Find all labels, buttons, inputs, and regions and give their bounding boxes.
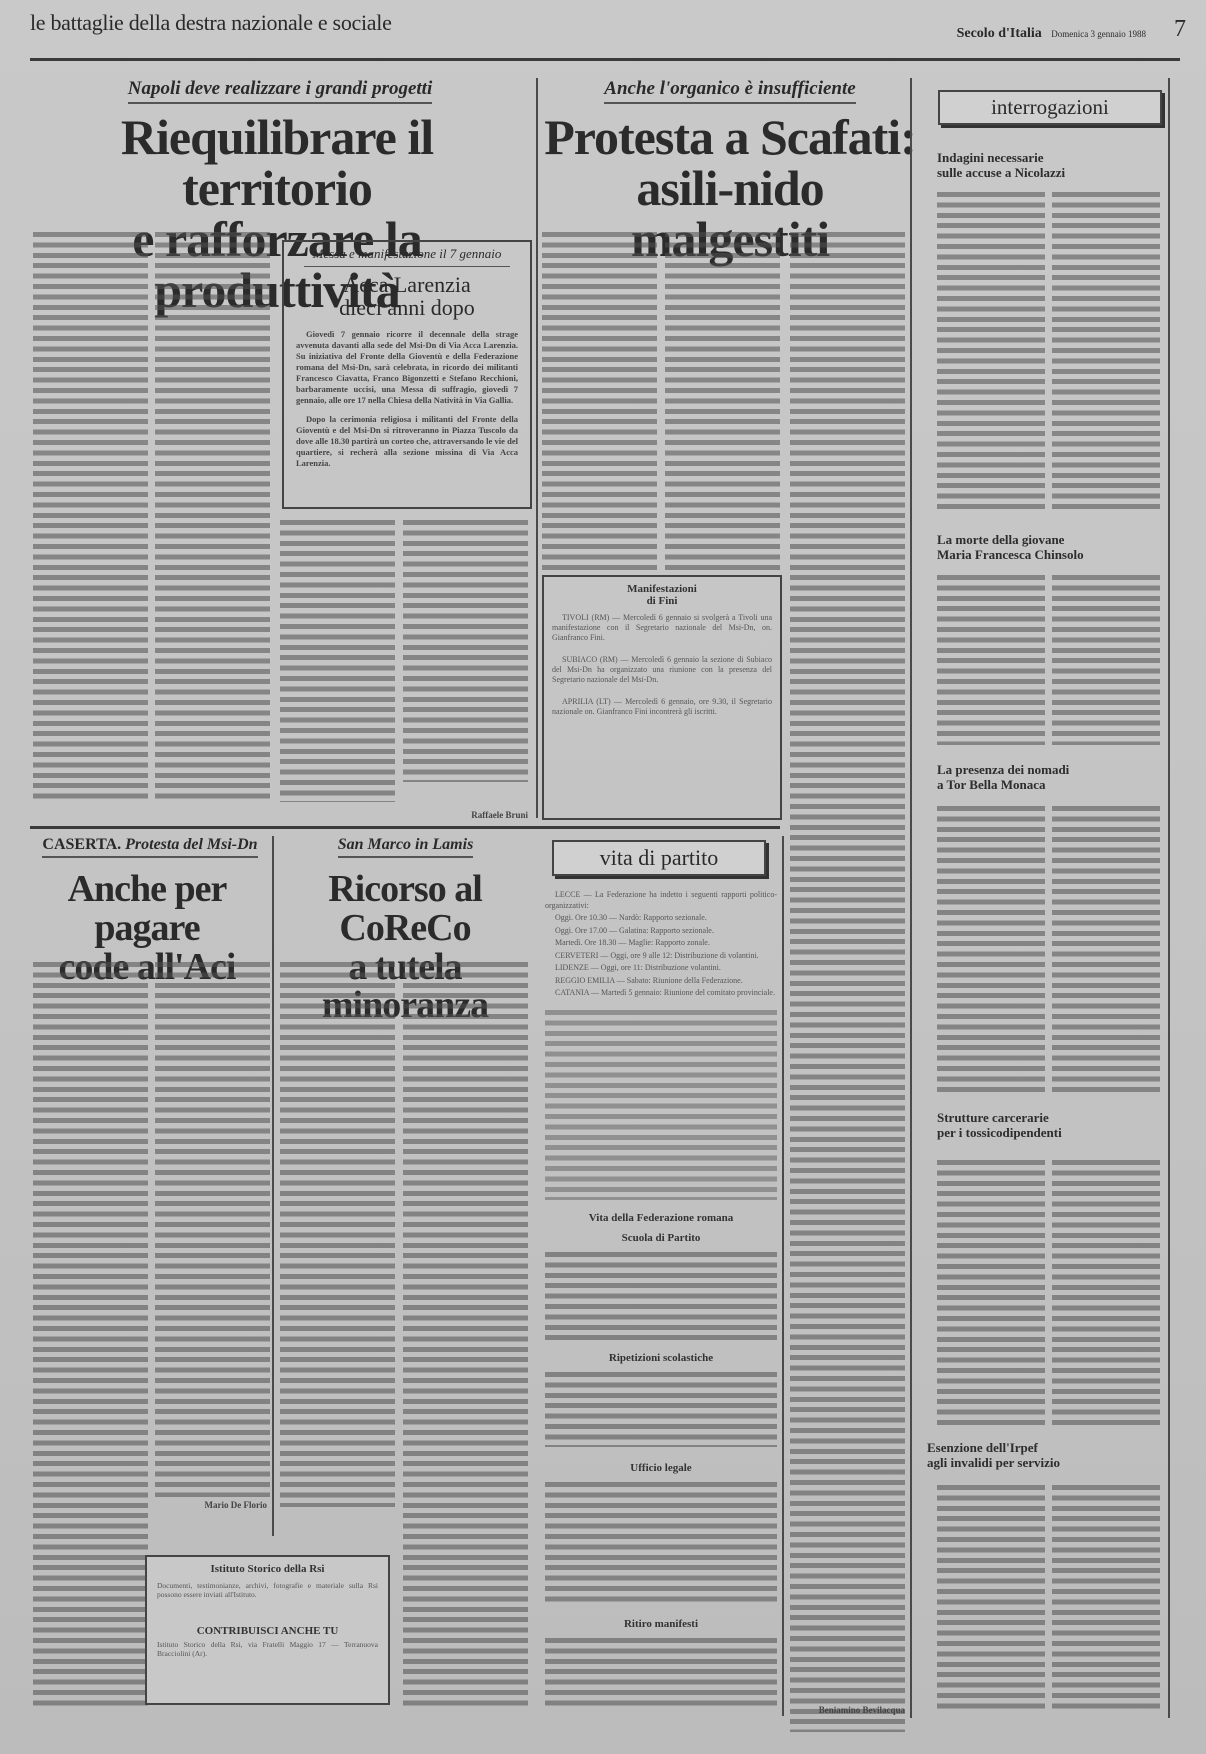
acca-body: Giovedì 7 gennaio ricorre il decennale d… <box>284 319 530 487</box>
caserta-kicker-wrap: CASERTA. Protesta del Msi-Dn <box>30 836 270 858</box>
istituto-title: Istituto Storico della Rsi <box>157 1563 378 1575</box>
acca-para2: Dopo la cerimonia religiosa i militanti … <box>296 414 518 469</box>
scuola-title: Scuola di Partito <box>545 1232 777 1244</box>
scafati-kicker: Anche l'organico è insufficiente <box>604 78 855 104</box>
issue-date: Domenica 3 gennaio 1988 <box>1051 29 1146 39</box>
column-divider <box>910 78 912 1718</box>
manifestazioni-title-line1: Manifestazioni <box>552 583 772 595</box>
interrogazione-text <box>1052 192 1160 512</box>
napoli-kicker-wrap: Napoli deve realizzare i grandi progetti <box>30 78 530 104</box>
vita-entry: Oggi. Ore 17.00 — Galatina: Rapporto sez… <box>545 926 777 937</box>
interrogazione-heading-line1: Esenzione dell'Irpef <box>927 1440 1157 1455</box>
ripetizioni-text <box>545 1372 777 1447</box>
interrogazione-text <box>1052 806 1160 1096</box>
interrogazione-heading-line1: Strutture carcerarie <box>937 1110 1167 1125</box>
interrogazione-heading: Indagini necessarie sulle accuse a Nicol… <box>937 150 1167 180</box>
ufficio-title: Ufficio legale <box>545 1462 777 1474</box>
vita-entry: Oggi. Ore 10.30 — Nardò: Rapporto sezion… <box>545 913 777 924</box>
vita-di-partito-list: LECCE — La Federazione ha indetto i segu… <box>545 890 777 1001</box>
caserta-kicker: CASERTA. Protesta del Msi-Dn <box>42 836 257 858</box>
scafati-text-col1 <box>542 232 657 572</box>
ufficio-text <box>545 1482 777 1602</box>
manifestazioni-title-line2: di Fini <box>552 595 772 607</box>
caserta-byline: Mario De Florio <box>155 1500 267 1510</box>
caserta-headline-line1: Anche per pagare <box>22 870 272 948</box>
paper-name: Secolo d'Italia <box>957 26 1042 41</box>
manifestazione-item: SUBIACO (RM) — Mercoledì 6 gennaio la se… <box>552 655 772 685</box>
interrogazione-heading: La presenza dei nomadi a Tor Bella Monac… <box>937 762 1167 792</box>
napoli-text-col2 <box>155 232 270 802</box>
caserta-text-col2 <box>155 962 270 1497</box>
interrogazione-text <box>937 575 1045 745</box>
page-number: 7 <box>1174 16 1186 43</box>
caserta-text-col1 <box>33 962 148 1707</box>
istituto-body: Documenti, testimonianze, archivi, fotog… <box>157 1581 378 1599</box>
interrogazione-text <box>937 192 1045 512</box>
interrogazione-text <box>937 1485 1045 1710</box>
interrogazione-heading-line1: La presenza dei nomadi <box>937 762 1167 777</box>
istituto-box: Istituto Storico della Rsi Documenti, te… <box>145 1555 390 1705</box>
acca-para1: Giovedì 7 gennaio ricorre il decennale d… <box>296 329 518 406</box>
vita-entry: LECCE — La Federazione ha indetto i segu… <box>545 890 777 911</box>
napoli-text-col4 <box>403 520 528 782</box>
column-divider <box>536 78 538 818</box>
sanmarco-kicker: San Marco in Lamis <box>338 836 474 858</box>
interrogazione-heading-line1: La morte della giovane <box>937 532 1167 547</box>
manifestazioni-title: Manifestazioni di Fini <box>552 583 772 607</box>
middle-rule <box>30 826 780 829</box>
interrogazione-heading-line2: sulle accuse a Nicolazzi <box>937 165 1167 180</box>
manifestazioni-box: Manifestazioni di Fini TIVOLI (RM) — Mer… <box>542 575 782 820</box>
interrogazione-heading-line2: agli invalidi per servizio <box>927 1455 1157 1470</box>
acca-title: Acca Larenzia dieci anni dopo <box>284 273 530 319</box>
scuola-text <box>545 1252 777 1340</box>
federazione-title: Vita della Federazione romana <box>545 1212 777 1224</box>
napoli-kicker: Napoli deve realizzare i grandi progetti <box>128 78 433 104</box>
caserta-kicker-text: Protesta del Msi-Dn <box>125 836 257 853</box>
interrogazione-heading: Strutture carcerarie per i tossicodipend… <box>937 1110 1167 1140</box>
interrogazione-heading-line2: Maria Francesca Chinsolo <box>937 547 1167 562</box>
interrogazione-text <box>937 806 1045 1096</box>
interrogazione-text <box>1052 1160 1160 1430</box>
acca-title-line1: Acca Larenzia <box>284 273 530 296</box>
scafati-text-col2 <box>665 232 780 572</box>
acca-kicker: Messa e manifestazione il 7 gennaio <box>304 242 510 267</box>
sanmarco-text-col2 <box>403 962 528 1707</box>
caserta-kicker-place: CASERTA. <box>42 836 121 853</box>
manifestazioni-list: TIVOLI (RM) — Mercoledì 6 gennaio si svo… <box>552 613 772 719</box>
column-divider <box>782 836 784 1716</box>
scafati-text-col3 <box>790 232 905 1732</box>
section-title: le battaglie della destra nazionale e so… <box>30 10 392 36</box>
interrogazione-heading: Esenzione dell'Irpef agli invalidi per s… <box>927 1440 1157 1470</box>
acca-title-line2: dieci anni dopo <box>284 296 530 319</box>
interrogazione-text <box>937 1160 1045 1430</box>
ripetizioni-title: Ripetizioni scolastiche <box>545 1352 777 1364</box>
vita-entry: CERVETERI — Oggi, ore 9 alle 12: Distrib… <box>545 951 777 962</box>
newspaper-page: le battaglie della destra nazionale e so… <box>0 0 1206 1754</box>
page-edge-rule <box>1168 78 1170 1718</box>
paper-masthead: Secolo d'Italia Domenica 3 gennaio 1988 <box>957 26 1146 42</box>
vita-di-partito-banner: vita di partito <box>552 840 766 876</box>
vita-entry: Martedì. Ore 18.30 — Maglie: Rapporto zo… <box>545 938 777 949</box>
vita-entry: REGGIO EMILIA — Sabato: Riunione della F… <box>545 976 777 987</box>
interrogazione-text <box>1052 1485 1160 1710</box>
sanmarco-headline-line1: Ricorso al CoReCo <box>274 870 536 948</box>
interrogazioni-banner: interrogazioni <box>938 90 1162 125</box>
interrogazione-text <box>1052 575 1160 745</box>
napoli-text-col3 <box>280 520 395 802</box>
interrogazione-heading-line2: per i tossicodipendenti <box>937 1125 1167 1140</box>
vita-entry: LIDENZE — Oggi, ore 11: Distribuzione vo… <box>545 963 777 974</box>
ritiro-text <box>545 1638 777 1710</box>
manifestazione-item: TIVOLI (RM) — Mercoledì 6 gennaio si svo… <box>552 613 772 643</box>
sanmarco-kicker-wrap: San Marco in Lamis <box>278 836 533 858</box>
manifestazione-item: APRILIA (LT) — Mercoledì 6 gennaio, ore … <box>552 697 772 717</box>
vita-entry: CATANIA — Martedì 5 gennaio: Riunione de… <box>545 988 777 999</box>
interrogazione-heading-line2: a Tor Bella Monaca <box>937 777 1167 792</box>
scafati-kicker-wrap: Anche l'organico è insufficiente <box>540 78 920 104</box>
vita-text-block <box>545 1010 777 1200</box>
sanmarco-text-col1 <box>280 962 395 1507</box>
interrogazione-heading-line1: Indagini necessarie <box>937 150 1167 165</box>
napoli-headline-line1: Riequilibrare il territorio <box>22 112 532 214</box>
napoli-text-col1 <box>33 232 148 802</box>
scafati-byline: Beniamino Bevilacqua <box>790 1705 905 1715</box>
scafati-headline-line1: Protesta a Scafati: <box>540 112 920 163</box>
istituto-appeal-title: CONTRIBUISCI ANCHE TU <box>157 1625 378 1637</box>
istituto-appeal-body: Istituto Storico della Rsi, via Fratelli… <box>157 1640 378 1658</box>
acca-larenzia-box: Messa e manifestazione il 7 gennaio Acca… <box>282 240 532 509</box>
top-rule <box>30 58 1180 61</box>
ritiro-title: Ritiro manifesti <box>545 1618 777 1630</box>
interrogazione-heading: La morte della giovane Maria Francesca C… <box>937 532 1167 562</box>
napoli-byline: Raffaele Bruni <box>403 810 528 820</box>
